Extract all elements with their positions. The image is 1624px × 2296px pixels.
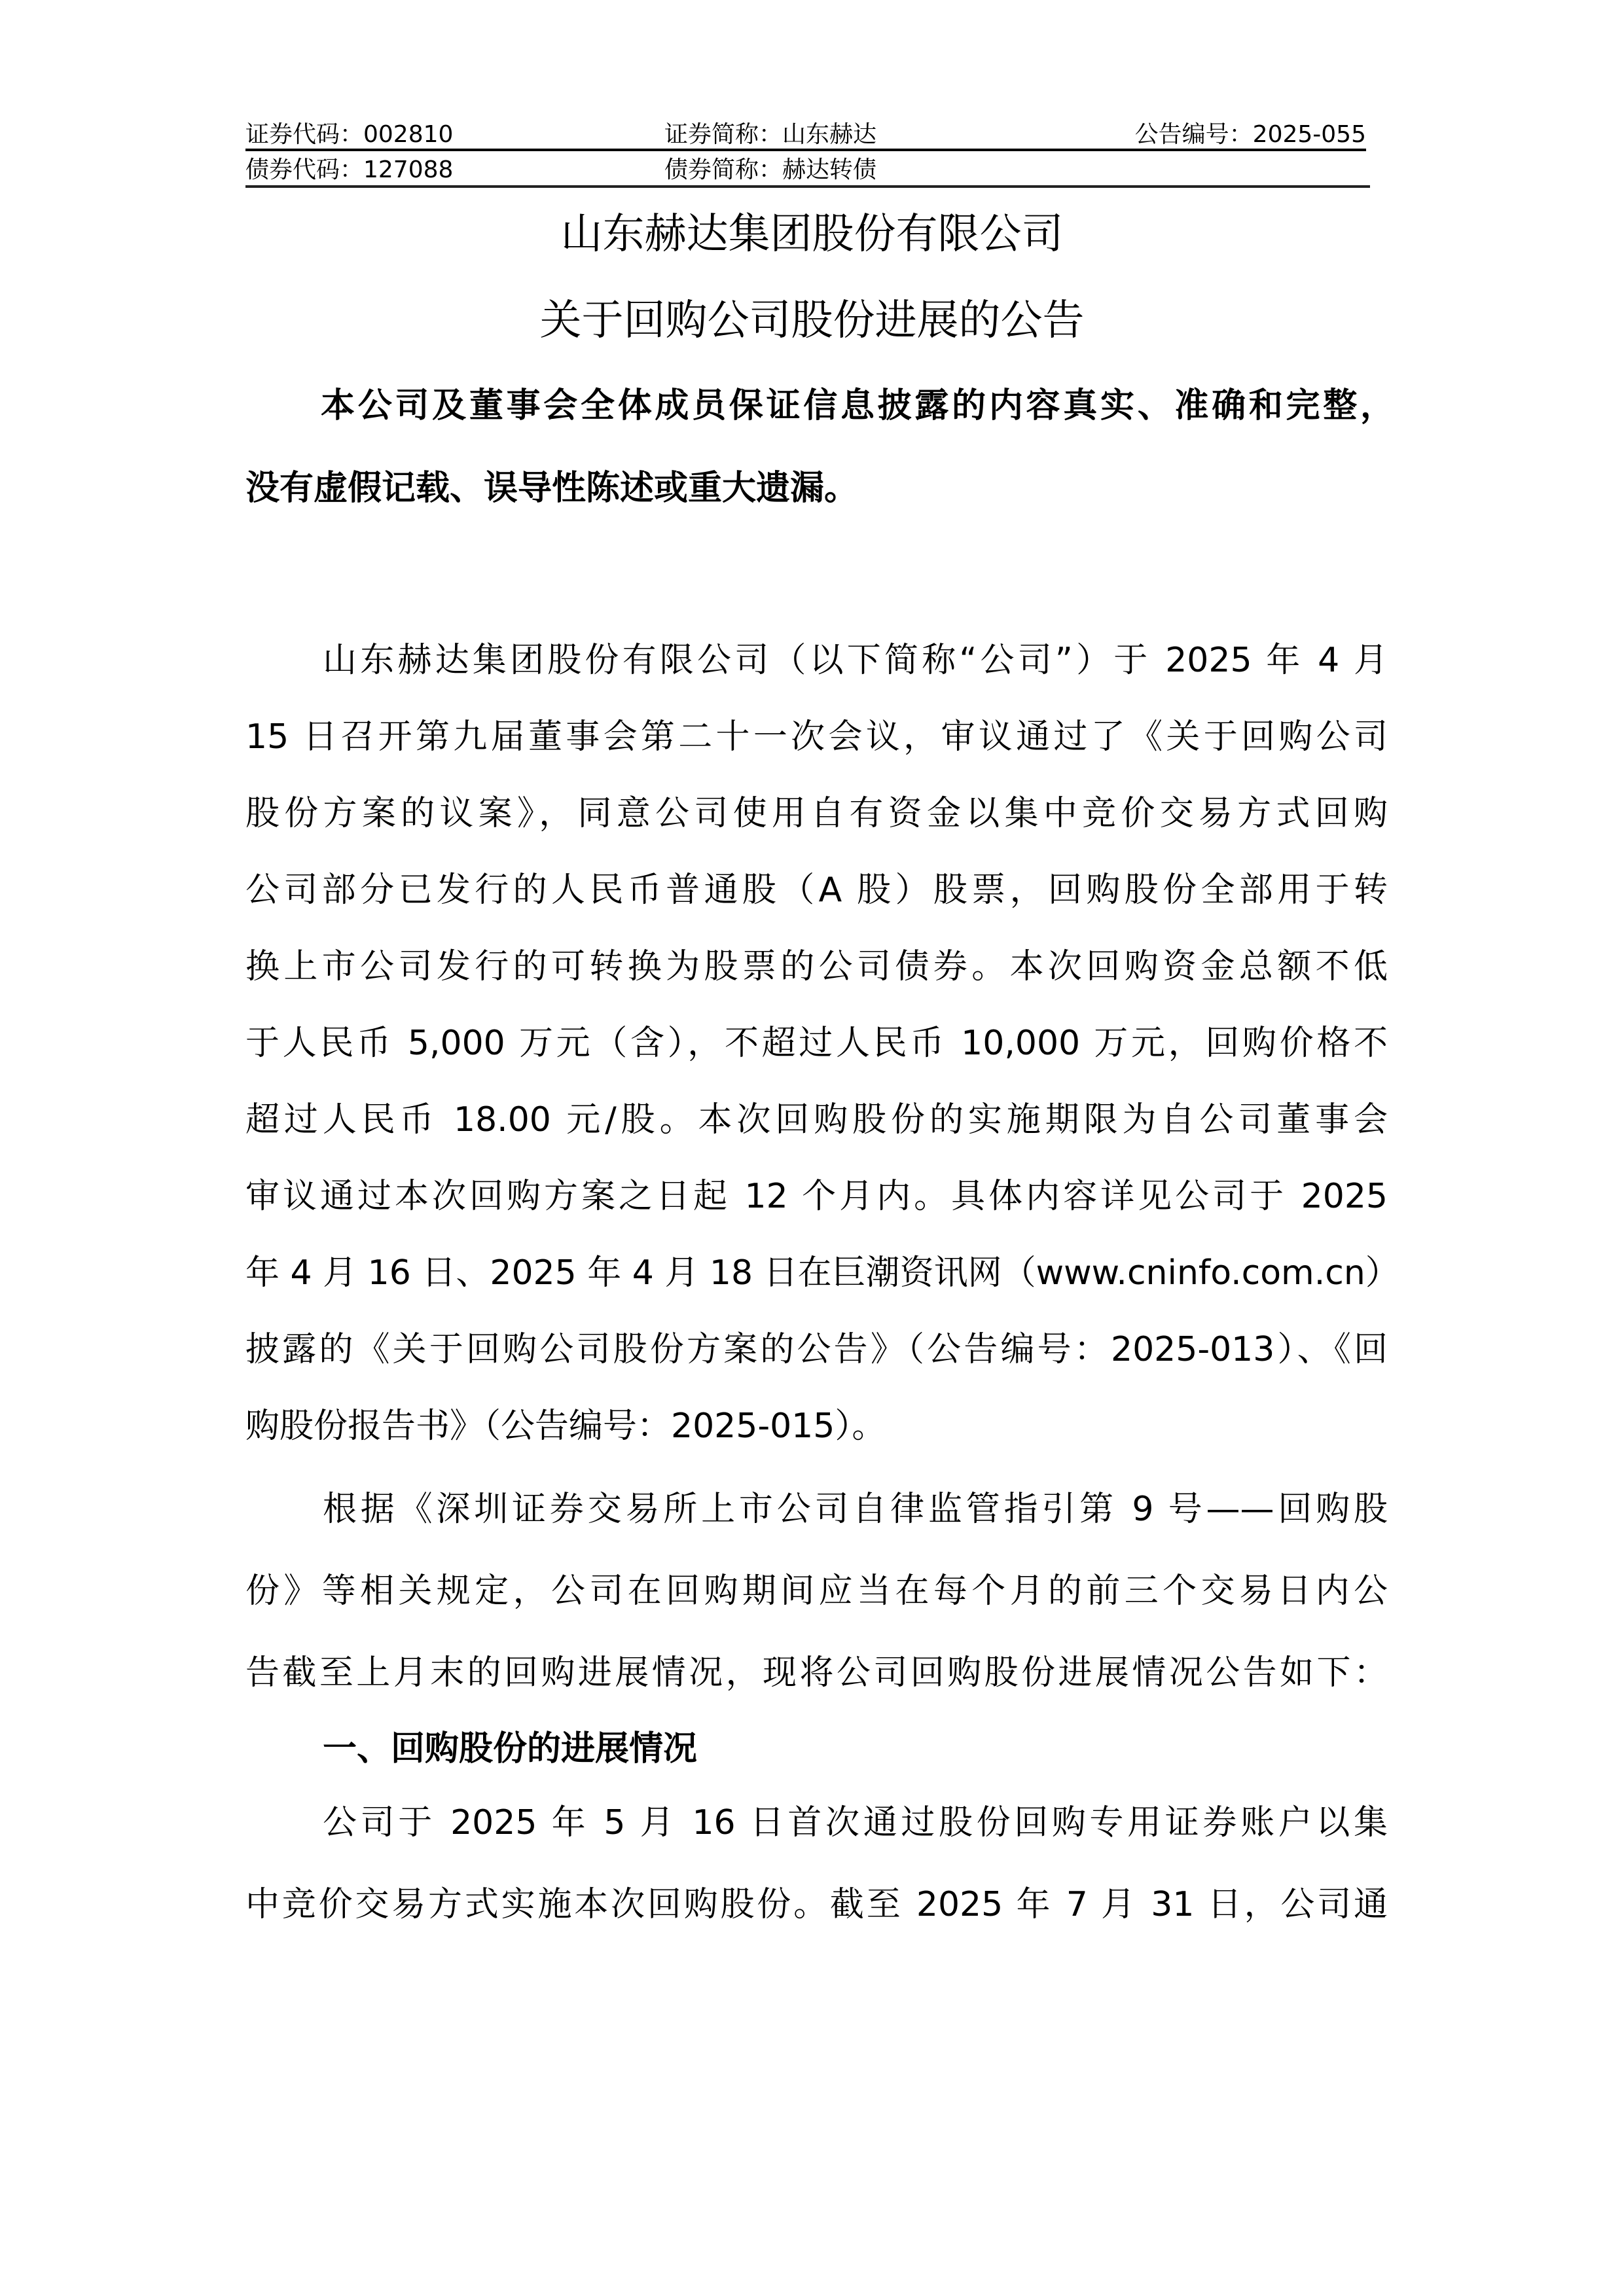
body-line: 年 4 月 16 日、2025 年 4 月 18 日在巨潮资讯网（www.cni… — [245, 1252, 1388, 1294]
body-line: 根据《深圳证券交易所上市公司自律监管指引第 9 号——回购股 — [323, 1488, 1388, 1530]
body-line: 告截至上月末的回购进展情况，现将公司回购股份进展情况公告如下： — [245, 1652, 1388, 1694]
disclosure-statement-line-1: 本公司及董事会全体成员保证信息披露的内容真实、准确和完整， — [321, 385, 1394, 427]
company-title: 山东赫达集团股份有限公司 — [0, 208, 1624, 260]
body-line: 换上市公司发行的可转换为股票的公司债券。本次回购资金总额不低 — [245, 946, 1388, 988]
header-divider-1 — [245, 149, 1366, 151]
stock-abbreviation: 证券简称：山东赫达 — [664, 122, 876, 148]
body-line: 山东赫达集团股份有限公司（以下简称“公司”）于 2025 年 4 月 — [323, 639, 1388, 681]
body-line: 股份方案的议案》，同意公司使用自有资金以集中竞价交易方式回购 — [245, 793, 1388, 834]
section-heading-repurchase-progress: 一、回购股份的进展情况 — [323, 1728, 697, 1770]
header-row-bonds: 债券代码：127088 债券简称：赫达转债 — [245, 157, 1366, 183]
body-line: 购股份报告书》（公告编号：2025-015）。 — [245, 1405, 886, 1447]
body-line: 于人民币 5,000 万元（含），不超过人民币 10,000 万元，回购价格不 — [245, 1022, 1388, 1064]
body-line: 15 日召开第九届董事会第二十一次会议，审议通过了《关于回购公司 — [245, 716, 1388, 758]
bond-abbreviation: 债券简称：赫达转债 — [664, 157, 876, 183]
document-page: 证券代码：002810 证券简称：山东赫达 公告编号：2025-055 债券代码… — [0, 0, 1624, 2296]
body-line: 超过人民币 18.00 元/股。本次回购股份的实施期限为自公司董事会 — [245, 1099, 1388, 1141]
body-line: 公司部分已发行的人民币普通股（A 股）股票，回购股份全部用于转 — [245, 869, 1388, 911]
body-line: 公司于 2025 年 5 月 16 日首次通过股份回购专用证券账户以集 — [323, 1802, 1388, 1844]
body-line: 中竞价交易方式实施本次回购股份。截至 2025 年 7 月 31 日，公司通 — [245, 1884, 1388, 1926]
bond-code: 债券代码：127088 — [245, 157, 453, 183]
header-divider-2 — [245, 185, 1370, 188]
announcement-title: 关于回购公司股份进展的公告 — [0, 295, 1624, 347]
body-line: 份》等相关规定，公司在回购期间应当在每个月的前三个交易日内公 — [245, 1570, 1388, 1612]
body-line: 审议通过本次回购方案之日起 12 个月内。具体内容详见公司于 2025 — [245, 1175, 1388, 1217]
stock-code: 证券代码：002810 — [245, 122, 453, 148]
disclosure-statement-line-2: 没有虚假记载、误导性陈述或重大遗漏。 — [245, 467, 858, 509]
announcement-number: 公告编号：2025-055 — [1135, 122, 1366, 148]
body-line: 披露的《关于回购公司股份方案的公告》（公告编号：2025-013）、《回 — [245, 1329, 1388, 1371]
header-row-securities: 证券代码：002810 证券简称：山东赫达 公告编号：2025-055 — [245, 122, 1366, 148]
